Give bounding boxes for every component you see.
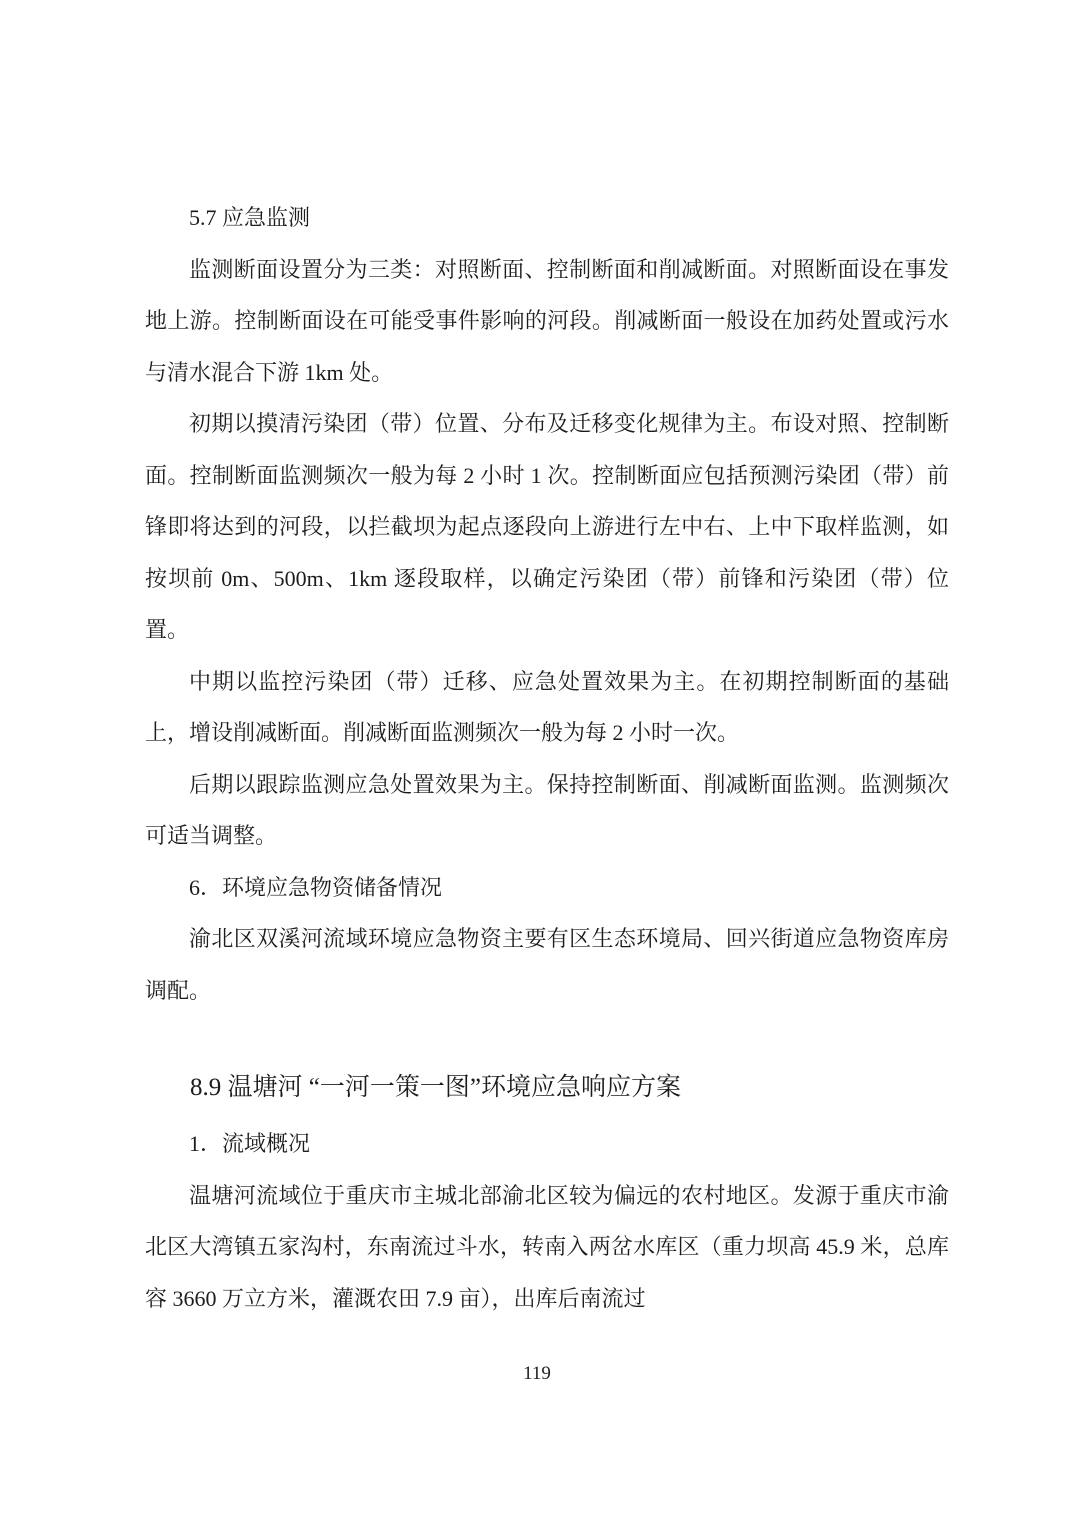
paragraph-initial-phase: 初期以摸清污染团（带）位置、分布及迁移变化规律为主。布设对照、控制断面。控制断面… [145,398,949,656]
subheading-1-basin-overview: 1．流域概况 [145,1118,949,1170]
page-content: 5.7 应急监测 监测断面设置分为三类：对照断面、控制断面和削减断面。对照断面设… [145,192,949,1324]
subheading-5-7: 5.7 应急监测 [145,192,949,244]
paragraph-monitoring-sections: 监测断面设置分为三类：对照断面、控制断面和削减断面。对照断面设在事发地上游。控制… [145,244,949,399]
subheading-6-supplies: 6．环境应急物资储备情况 [145,862,949,914]
paragraph-supplies: 渝北区双溪河流域环境应急物资主要有区生态环境局、回兴街道应急物资库房调配。 [145,913,949,1016]
paragraph-mid-phase: 中期以监控污染团（带）迁移、应急处置效果为主。在初期控制断面的基础上，增设削减断… [145,656,949,759]
paragraph-basin-overview: 温塘河流域位于重庆市主城北部渝北区较为偏远的农村地区。发源于重庆市渝北区大湾镇五… [145,1170,949,1325]
section-heading-8-9: 8.9 温塘河 “一河一策一图”环境应急响应方案 [145,1062,949,1114]
page-number: 119 [0,1362,1074,1386]
paragraph-late-phase: 后期以跟踪监测应急处置效果为主。保持控制断面、削减断面监测。监测频次可适当调整。 [145,759,949,862]
document-page: 5.7 应急监测 监测断面设置分为三类：对照断面、控制断面和削减断面。对照断面设… [0,0,1074,1520]
